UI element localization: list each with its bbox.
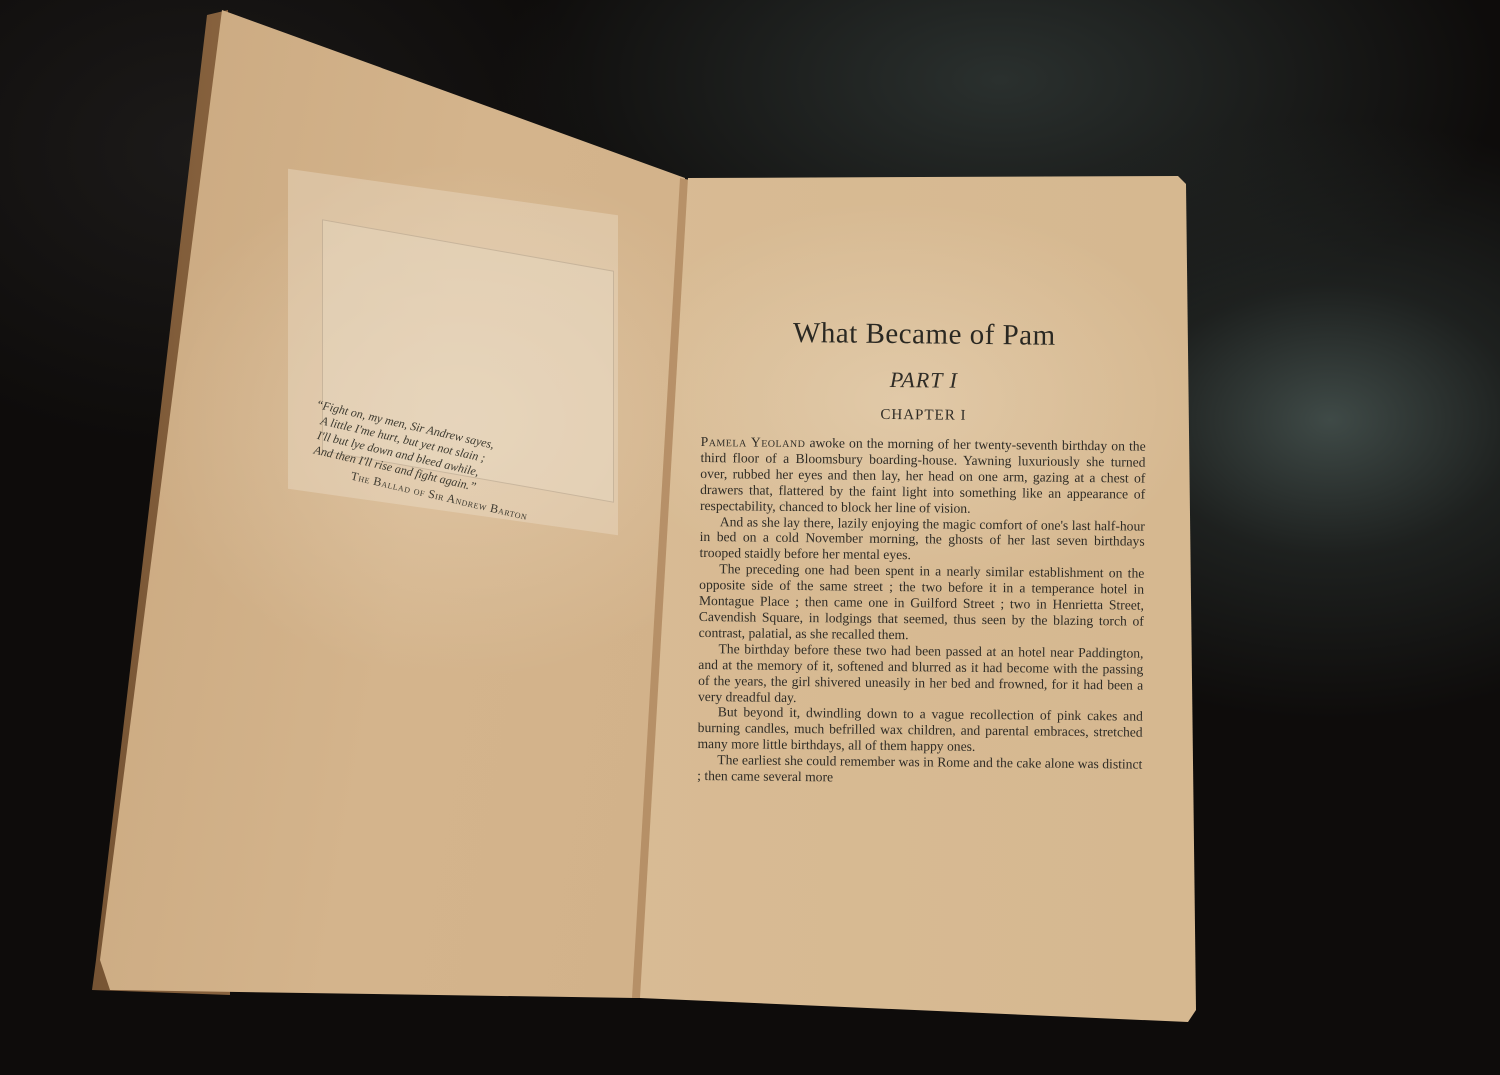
opening-name: Pamela Yeoland bbox=[701, 434, 806, 450]
paragraph: The birthday before these two had been p… bbox=[698, 641, 1144, 709]
paragraph: The earliest she could remember was in R… bbox=[697, 752, 1142, 788]
right-page-text: What Became of Pam PART I CHAPTER I Pame… bbox=[697, 316, 1147, 789]
paragraph: Pamela Yeoland awoke on the morning of h… bbox=[700, 434, 1146, 518]
book-title: What Became of Pam bbox=[702, 316, 1147, 354]
photo-scene: “Fight on, my men, Sir Andrew sayes, A l… bbox=[0, 0, 1500, 1075]
paragraph: And as she lay there, lazily enjoying th… bbox=[699, 514, 1144, 566]
part-heading: PART I bbox=[701, 365, 1146, 396]
paragraph: But beyond it, dwindling down to a vague… bbox=[697, 704, 1142, 756]
paragraph: The preceding one had been spent in a ne… bbox=[699, 561, 1145, 645]
chapter-heading: CHAPTER I bbox=[701, 405, 1146, 427]
